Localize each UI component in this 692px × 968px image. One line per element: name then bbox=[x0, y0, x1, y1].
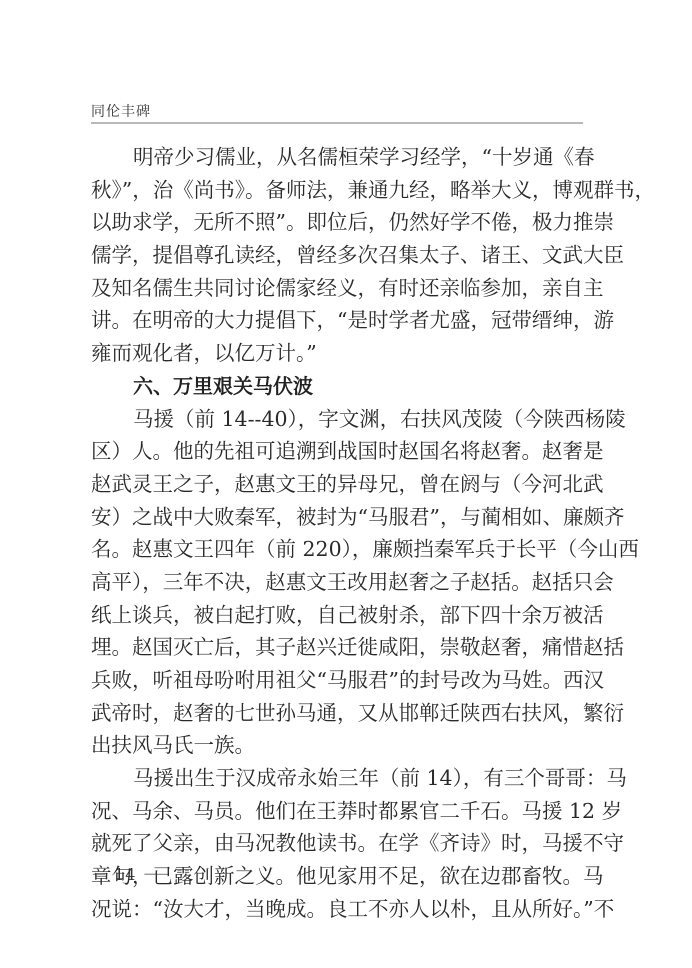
document-page: 同伦丰碑 明帝少习儒业，从名儒桓荣学习经学，“十岁通《春 秋》”，治《尚书》。备… bbox=[0, 0, 692, 968]
text-line: 章句，已露创新之义。他见家用不足，欲在边郡畜牧。马 bbox=[91, 860, 583, 893]
text-line: 高平），三年不决，赵惠文王改用赵奢之子赵括。赵括只会 bbox=[91, 566, 583, 599]
text-line: 就死了父亲，由马况教他读书。在学《齐诗》时，马援不守 bbox=[91, 827, 583, 860]
text-line: 出扶风马氏一族。 bbox=[91, 729, 583, 762]
paragraph: 马援出生于汉成帝永始三年（前 14），有三个哥哥：马 况、马余、马员。他们在王莽… bbox=[91, 762, 583, 925]
text-line: 赵武灵王之子，赵惠文王的异母兄，曾在阏与（今河北武 bbox=[91, 468, 583, 501]
text-line: 马援出生于汉成帝永始三年（前 14），有三个哥哥：马 bbox=[91, 762, 583, 795]
text-line: 秋》”，治《尚书》。备师法，兼通九经，略举大义，博观群书， bbox=[91, 174, 583, 207]
text-line: 安）之战中大败秦军，被封为“马服君”，与蔺相如、廉颇齐 bbox=[91, 501, 583, 534]
header-divider bbox=[91, 122, 583, 124]
text-line: 况说：“汝大才，当晚成。良工不亦人以朴，且从所好。”不 bbox=[91, 893, 583, 926]
text-line: 武帝时，赵奢的七世孙马通，又从邯郸迁陕西右扶风，繁衍 bbox=[91, 697, 583, 730]
text-line: 儒学，提倡尊孔读经，曾经多次召集太子、诸王、文武大臣 bbox=[91, 239, 583, 272]
page-number: － 14 － bbox=[91, 862, 160, 885]
running-header: 同伦丰碑 bbox=[91, 101, 151, 121]
text-line: 及知名儒生共同讨论儒家经义，有时还亲临参加，亲自主 bbox=[91, 272, 583, 305]
text-line: 况、马余、马员。他们在王莽时都累官二千石。马援 12 岁 bbox=[91, 795, 583, 828]
text-line: 马援（前 14--40），字文渊，右扶风茂陵（今陕西杨陵 bbox=[91, 403, 583, 436]
text-line: 雍而观化者，以亿万计。” bbox=[91, 337, 583, 370]
body-text: 明帝少习儒业，从名儒桓荣学习经学，“十岁通《春 秋》”，治《尚书》。备师法，兼通… bbox=[91, 141, 583, 926]
section-title: 六、万里艰关马伏波 bbox=[91, 370, 583, 403]
paragraph: 明帝少习儒业，从名儒桓荣学习经学，“十岁通《春 秋》”，治《尚书》。备师法，兼通… bbox=[91, 141, 583, 370]
text-line: 埋。赵国灭亡后，其子赵兴迁徙咸阳，崇敬赵奢，痛惜赵括 bbox=[91, 631, 583, 664]
text-line: 讲。在明帝的大力提倡下，“是时学者尤盛，冠带缙绅，游 bbox=[91, 304, 583, 337]
text-line: 名。赵惠文王四年（前 220），廉颇挡秦军兵于长平（今山西 bbox=[91, 533, 583, 566]
section-heading: 六、万里艰关马伏波 bbox=[91, 370, 583, 403]
paragraph: 马援（前 14--40），字文渊，右扶风茂陵（今陕西杨陵 区）人。他的先祖可追溯… bbox=[91, 403, 583, 763]
text-line: 以助求学，无所不照”。即位后，仍然好学不倦，极力推崇 bbox=[91, 206, 583, 239]
text-line: 纸上谈兵，被白起打败，自己被射杀，部下四十余万被活 bbox=[91, 599, 583, 632]
text-line: 兵败，听祖母吩咐用祖父“马服君”的封号改为马姓。西汉 bbox=[91, 664, 583, 697]
text-line: 明帝少习儒业，从名儒桓荣学习经学，“十岁通《春 bbox=[91, 141, 583, 174]
text-line: 区）人。他的先祖可追溯到战国时赵国名将赵奢。赵奢是 bbox=[91, 435, 583, 468]
